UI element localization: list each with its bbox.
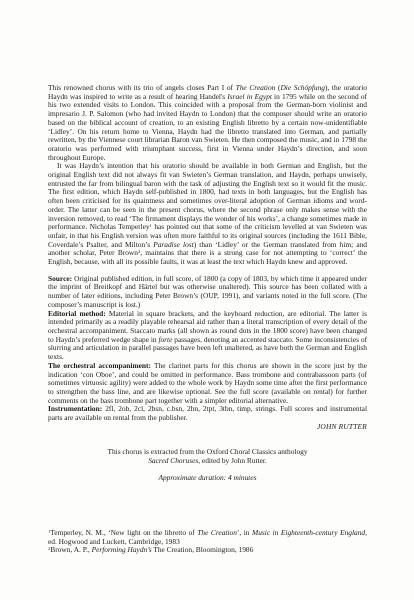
extract-line2: Sacred Choruses, edited by John Rutter. <box>48 456 367 466</box>
footnote-1: 1Temperley, N. M., ‘New light on the lib… <box>48 529 367 546</box>
preface-body: This renowned chorus with its trio of an… <box>48 84 367 423</box>
english-text-paragraph: It was Haydn’s intention that his orator… <box>48 162 367 266</box>
score-preface-page: This renowned chorus with its trio of an… <box>0 0 414 600</box>
source-paragraph: Source: Original published edition, in f… <box>48 275 367 310</box>
instrumentation-paragraph: Instrumentation: 2fl, 2ob, 2cl, 2bsn, c.… <box>48 405 367 422</box>
orchestral-accompaniment-paragraph: The orchestral accompaniment: The clarin… <box>48 362 367 406</box>
author-byline: JOHN RUTTER <box>48 423 367 432</box>
extract-line1: This chorus is extracted from the Oxford… <box>48 447 367 457</box>
editorial-method-paragraph: Editorial method: Material in square bra… <box>48 310 367 362</box>
intro-paragraph: This renowned chorus with its trio of an… <box>48 84 367 162</box>
footnotes: 1Temperley, N. M., ‘New light on the lib… <box>48 529 367 555</box>
duration-note: Approximate duration: 4 minutes <box>48 474 367 483</box>
extract-note: This chorus is extracted from the Oxford… <box>48 447 367 466</box>
footnote-2: 2Brown, A. P., Performing Haydn’s The Cr… <box>48 546 367 555</box>
